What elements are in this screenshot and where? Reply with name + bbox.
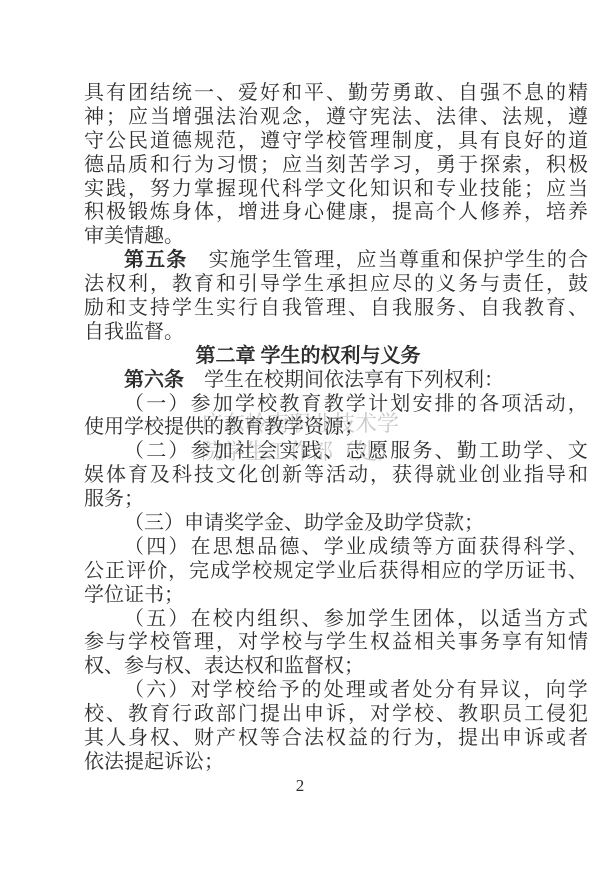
text-line: 德品质和行为习惯；应当刻苦学习，勇于探索，积极 <box>84 154 588 178</box>
text-line: 校、教育行政部门提出申诉，对学校、教职员工侵犯 <box>84 703 588 727</box>
text-line: 具有团结统一、爱好和平、勤劳勇敢、自强不息的精 <box>84 82 588 106</box>
document-page: 广东岭南职业技术学 院学生工作部（处） 具有团结统一、爱好和平、勤劳勇敢、自强不… <box>0 0 600 873</box>
text-line: 依法提起诉讼； <box>84 751 588 775</box>
text-line: （四）在思想品德、学业成绩等方面获得科学、 <box>84 536 588 560</box>
text-line: 娱体育及科技文化创新等活动，获得就业创业指导和 <box>84 464 588 488</box>
text-line: 使用学校提供的教育教学资源； <box>84 416 588 440</box>
page-number: 2 <box>0 776 600 796</box>
text-line: 公正评价，完成学校规定学业后获得相应的学历证书、 <box>84 560 588 584</box>
text-line: （六）对学校给予的处理或者处分有异议，向学 <box>84 679 588 703</box>
text-line: （一）参加学校教育教学计划安排的各项活动， <box>84 393 588 417</box>
text-line: （三）申请奖学金、助学金及助学贷款； <box>84 512 588 536</box>
text-line: 励和支持学生实行自我管理、自我服务、自我教育、 <box>84 297 588 321</box>
text-line: 第五条 实施学生管理，应当尊重和保护学生的合 <box>84 249 588 273</box>
text-line: 学位证书； <box>84 584 588 608</box>
text-line: 第六条 学生在校期间依法享有下列权利： <box>84 369 588 393</box>
text-line: 实践，努力掌握现代科学文化知识和专业技能；应当 <box>84 178 588 202</box>
document-content: 具有团结统一、爱好和平、勤劳勇敢、自强不息的精神；应当增强法治观念，遵守宪法、法… <box>84 82 588 775</box>
text-line: 神；应当增强法治观念，遵守宪法、法律、法规，遵 <box>84 106 588 130</box>
article-number: 第二章 学生的权利与义务 <box>196 345 421 367</box>
text-line: （五）在校内组织、参加学生团体，以适当方式 <box>84 608 588 632</box>
text-line: 自我监督。 <box>84 321 588 345</box>
article-number: 第六条 <box>124 369 184 391</box>
text-line: 审美情趣。 <box>84 225 588 249</box>
text-line: 参与学校管理，对学校与学生权益相关事务享有知情 <box>84 631 588 655</box>
text-line: 积极锻炼身体，增进身心健康，提高个人修养，培养 <box>84 201 588 225</box>
text-line: 服务； <box>84 488 588 512</box>
text-line: 法权利，教育和引导学生承担应尽的义务与责任，鼓 <box>84 273 588 297</box>
chapter-heading: 第二章 学生的权利与义务 <box>56 345 560 369</box>
text-line: 守公民道德规范，遵守学校管理制度，具有良好的道 <box>84 130 588 154</box>
text-line: 权、参与权、表达权和监督权； <box>84 655 588 679</box>
text-line: 其人身权、财产权等合法权益的行为，提出申诉或者 <box>84 727 588 751</box>
text-line: （二）参加社会实践、志愿服务、勤工助学、文 <box>84 440 588 464</box>
